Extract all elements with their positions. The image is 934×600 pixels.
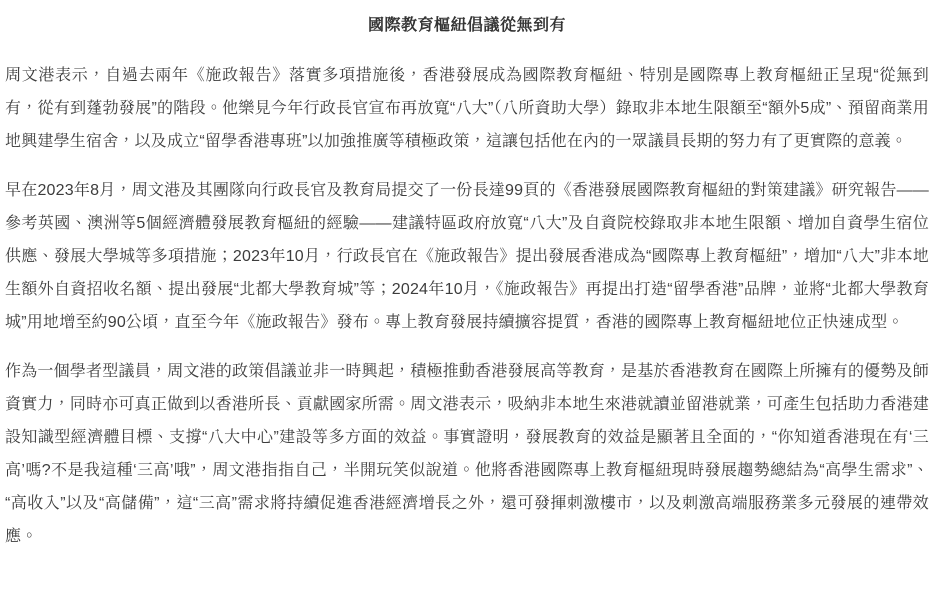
article-body: 國際教育樞紐倡議從無到有 周文港表示，自過去兩年《施政報告》落實多項措施後，香港… [0, 0, 934, 553]
paragraph: 周文港表示，自過去兩年《施政報告》落實多項措施後，香港發展成為國際教育樞紐、特別… [5, 59, 929, 158]
paragraph: 作為一個學者型議員，周文港的政策倡議並非一時興起，積極推動香港發展高等教育，是基… [5, 355, 929, 553]
paragraph: 早在2023年8月，周文港及其團隊向行政長官及教育局提交了一份長達99頁的《香港… [5, 174, 929, 339]
article-title: 國際教育樞紐倡議從無到有 [5, 12, 929, 35]
